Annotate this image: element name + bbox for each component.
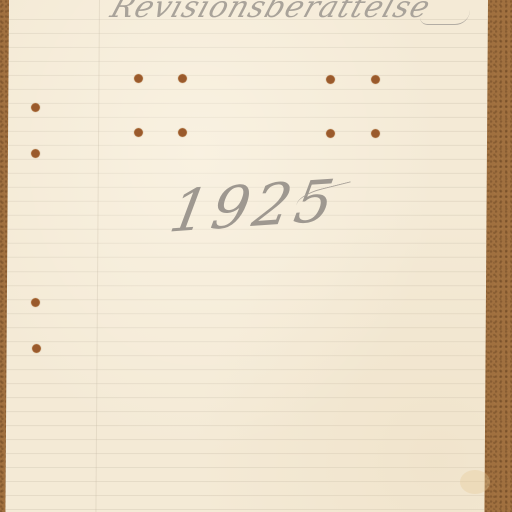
punch-hole	[178, 74, 187, 83]
heading-flourish	[420, 10, 470, 25]
paper-stain	[460, 470, 490, 494]
punch-hole	[134, 128, 143, 137]
punch-hole	[326, 129, 335, 138]
binder-hole	[31, 103, 40, 112]
punch-hole	[178, 128, 187, 137]
binder-hole	[31, 298, 40, 307]
punch-hole	[371, 75, 380, 84]
punch-hole	[326, 75, 335, 84]
ruled-margin-line	[95, 0, 100, 512]
notebook-page	[5, 0, 488, 512]
punch-hole	[134, 74, 143, 83]
handwritten-heading: Revisionsberättelse	[106, 0, 435, 25]
binder-hole	[32, 344, 41, 353]
binder-hole	[31, 149, 40, 158]
punch-hole	[371, 129, 380, 138]
